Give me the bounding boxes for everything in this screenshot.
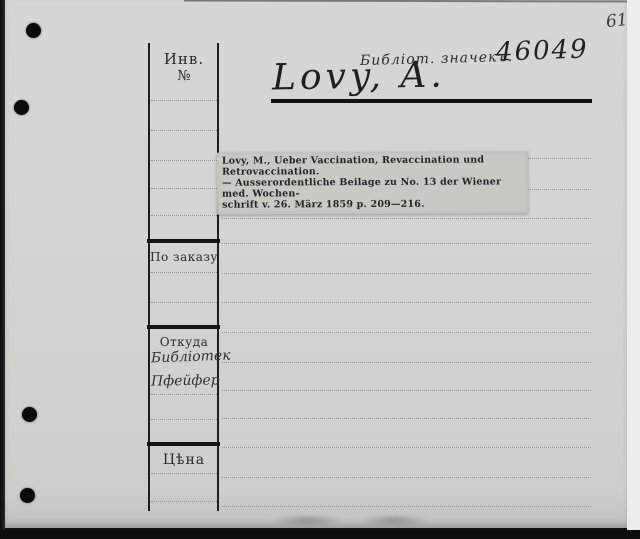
ruled-line xyxy=(151,130,217,131)
ruled-line xyxy=(222,390,591,391)
ruled-line xyxy=(222,243,591,244)
section-divider xyxy=(147,239,220,243)
ruled-line xyxy=(151,215,217,216)
origin-note-line: Библіотек xyxy=(151,348,231,367)
card-top-edge xyxy=(184,0,640,2)
bibliography-clipping: Lovy, M., Ueber Vaccination, Revaccinati… xyxy=(217,151,528,214)
origin-note-line: Пфейфер xyxy=(151,372,220,389)
author-underline xyxy=(271,99,592,103)
smudge xyxy=(359,515,429,526)
stamp-note-number: 46049 xyxy=(496,34,590,67)
numero-label: № xyxy=(149,68,219,84)
clipping-line: — Ausserordentliche Beilage zu No. 13 de… xyxy=(222,176,524,199)
ruled-line xyxy=(151,501,217,502)
scanned-page: Инв. № По заказу Откуда Цѣна Библіот. зн… xyxy=(0,0,640,539)
ruled-line xyxy=(222,418,591,419)
clipping-line: Lovy, M., Ueber Vaccination, Revaccinati… xyxy=(222,154,524,177)
ruled-line xyxy=(151,160,217,161)
origin-label: Откуда xyxy=(149,335,219,349)
ruled-line xyxy=(151,419,217,420)
ruled-line xyxy=(222,218,591,219)
ruled-line xyxy=(222,477,591,478)
corner-page-number: 61 xyxy=(605,10,629,32)
scan-edge-left xyxy=(0,0,5,539)
price-label: Цѣна xyxy=(149,452,219,468)
scan-background-right xyxy=(627,0,640,531)
section-divider xyxy=(147,442,220,446)
ruled-line xyxy=(151,302,217,303)
ruled-line xyxy=(151,473,217,474)
ruled-line xyxy=(222,332,591,333)
ruled-line xyxy=(151,394,217,395)
ruled-line xyxy=(151,100,217,101)
catalog-card: Инв. № По заказу Откуда Цѣна Библіот. зн… xyxy=(4,0,628,528)
author-heading: Lovy, A. xyxy=(272,54,447,98)
ruled-line xyxy=(151,188,217,189)
ruled-line xyxy=(222,506,591,507)
ruled-line xyxy=(222,447,591,448)
ruled-line xyxy=(222,273,591,274)
ruled-line xyxy=(222,302,591,303)
hole-punch xyxy=(26,23,41,38)
inventory-label: Инв. xyxy=(149,50,219,68)
scan-edge-bottom xyxy=(0,530,640,539)
hole-punch xyxy=(14,100,29,115)
column-left-line xyxy=(148,43,150,511)
hole-punch xyxy=(20,488,35,503)
ruled-line xyxy=(151,272,217,273)
section-divider xyxy=(147,325,220,329)
ruled-line xyxy=(222,362,591,363)
smudge xyxy=(270,515,345,526)
clipping-line: schrift v. 26. März 1859 p. 209—216. xyxy=(222,198,524,210)
column-right-line xyxy=(217,43,219,511)
order-label: По заказу xyxy=(149,250,219,264)
hole-punch xyxy=(22,407,37,422)
